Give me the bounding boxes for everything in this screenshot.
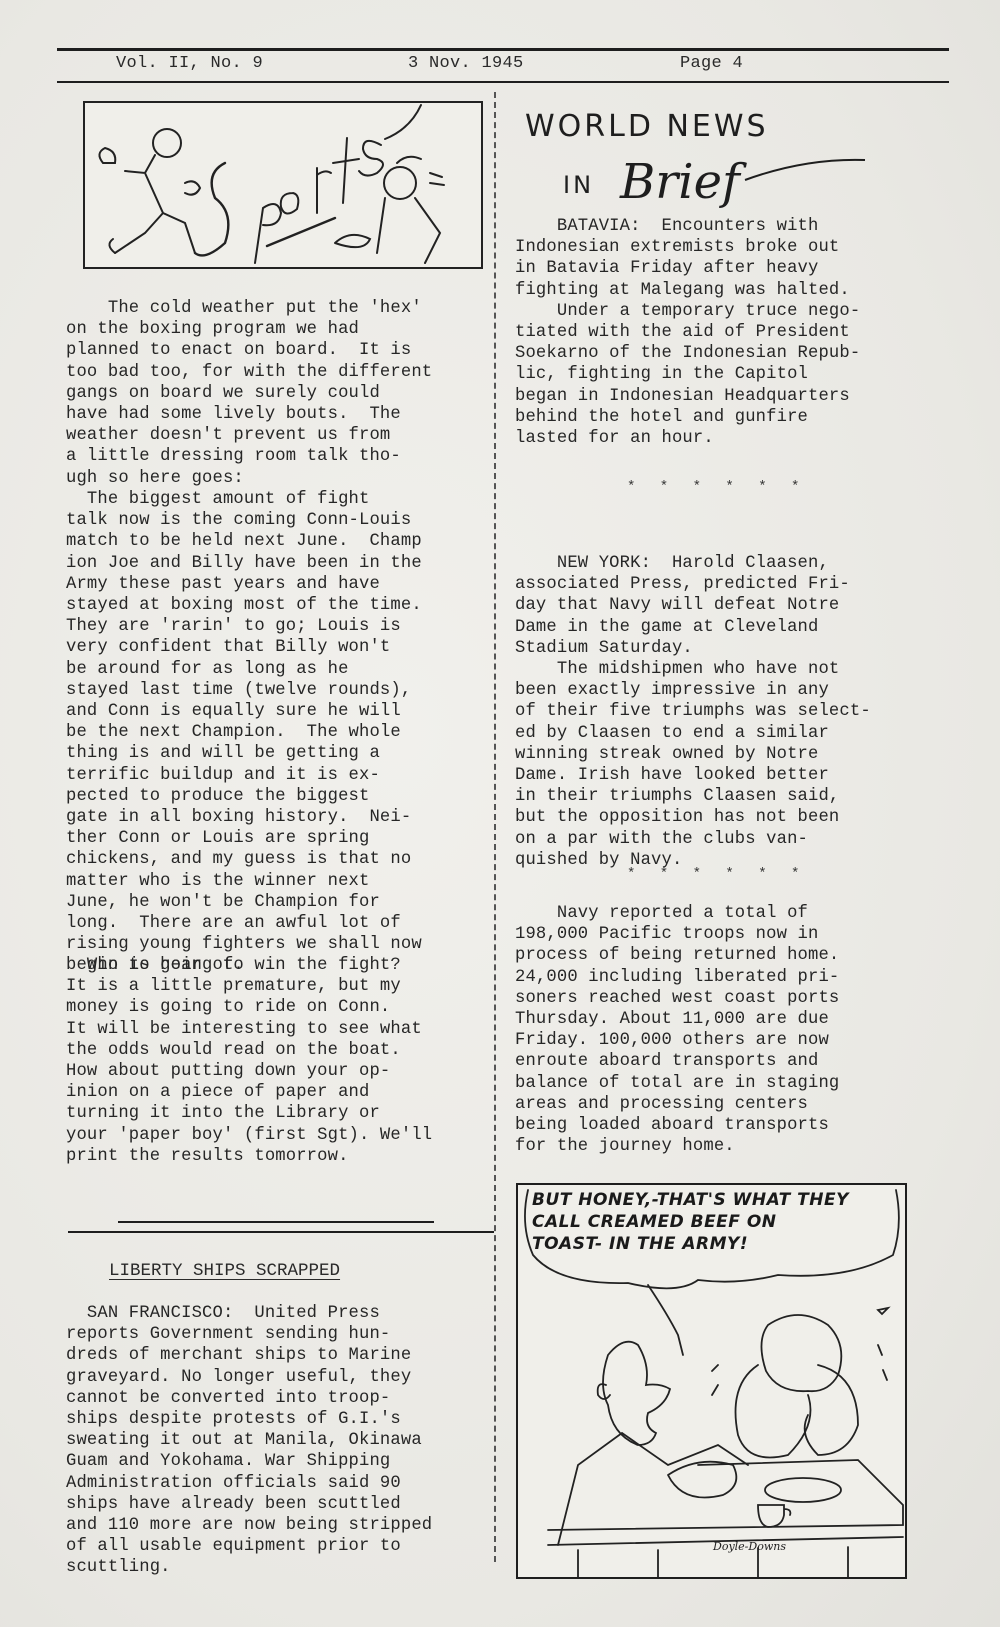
article-separator-stars: * * * * * * (627, 866, 807, 882)
svg-text:Brief: Brief (619, 154, 747, 208)
boxers-drawing-icon (85, 103, 481, 267)
masthead-top-rule (57, 48, 949, 51)
cartoon-speech-bubble-text: BUT HONEY,-THAT'S WHAT THEY CALL CREAMED… (532, 1189, 892, 1255)
sports-paragraph-3: Who is going to win the fight? It is a l… (66, 955, 432, 1167)
sports-end-rule (118, 1221, 434, 1223)
sports-banner-illustration (83, 101, 483, 269)
svg-text:WORLD NEWS: WORLD NEWS (525, 109, 769, 144)
masthead: Vol. II, No. 9 3 Nov. 1945 Page 4 (60, 54, 950, 78)
section-separator-rule (68, 1231, 494, 1233)
sports-paragraph-1: The cold weather put the 'hex' on the bo… (66, 298, 432, 489)
column-divider (494, 92, 496, 1562)
issue-date: 3 Nov. 1945 (408, 54, 524, 73)
batavia-article: BATAVIA: Encounters with Indonesian extr… (515, 216, 860, 449)
volume-number: Vol. II, No. 9 (116, 54, 263, 73)
svg-text:IN: IN (563, 171, 594, 199)
newspaper-page: Vol. II, No. 9 3 Nov. 1945 Page 4 (0, 0, 1000, 1627)
sports-paragraph-2: The biggest amount of fight talk now is … (66, 489, 422, 977)
masthead-bottom-rule (57, 81, 949, 83)
world-news-title: WORLD NEWS IN Brief (525, 98, 885, 208)
liberty-ships-headline: LIBERTY SHIPS SCRAPPED (109, 1261, 340, 1281)
article-separator-stars: * * * * * * (627, 479, 807, 495)
page-number: Page 4 (680, 54, 743, 73)
world-news-handlettering-icon: WORLD NEWS IN Brief (525, 98, 885, 208)
cartoonist-signature: Doyle-Downs (713, 1540, 786, 1553)
new-york-article: NEW YORK: Harold Claasen, associated Pre… (515, 553, 871, 871)
navy-troops-article: Navy reported a total of 198,000 Pacific… (515, 903, 839, 1157)
creamed-beef-cartoon: BUT HONEY,-THAT'S WHAT THEY CALL CREAMED… (516, 1183, 907, 1579)
liberty-ships-article: SAN FRANCISCO: United Press reports Gove… (66, 1303, 432, 1579)
